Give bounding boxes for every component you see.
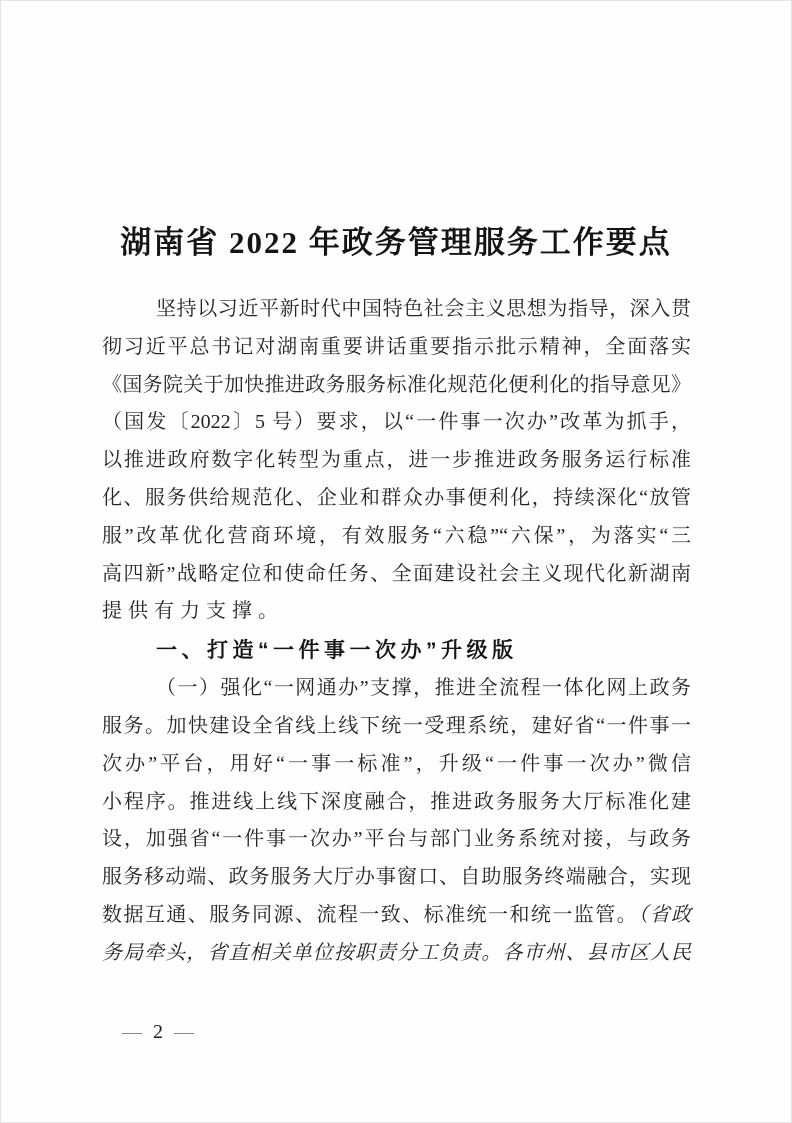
text-line: 设，加强省“一件事一次办”平台与部门业务系统对接，与政务 — [102, 821, 691, 859]
page-number: 2 — [153, 1021, 163, 1043]
text-line: 彻习近平总书记对湖南重要讲话重要指示批示精神，全面落实 — [102, 329, 691, 367]
text-line: 服”改革优化营商环境，有效服务“六稳”“六保”，为落实“三 — [102, 518, 691, 556]
text-line: 小程序。推进线上线下深度融合，推进政务服务大厅标准化建 — [102, 784, 691, 822]
text-line: 以推进政府数字化转型为重点，进一步推进政务服务运行标准 — [102, 442, 691, 480]
text-line: 化、服务供给规范化、企业和群众办事便利化，持续深化“放管 — [102, 480, 691, 518]
body-paragraph: （一）强化“一网通办”支撑，推进全流程一体化网上政务 服务。加快建设全省线上线下… — [102, 670, 691, 972]
document-body: 坚持以习近平新时代中国特色社会主义思想为指导，深入贯 彻习近平总书记对湖南重要讲… — [102, 291, 691, 973]
document-title: 湖南省 2022 年政务管理服务工作要点 — [1, 217, 791, 262]
footer-right-dash: — — [163, 1021, 205, 1043]
responsibility-note: 务局牵头，省直相关单位按职责分工负责。各市州、县市区人民 — [102, 935, 691, 973]
section-heading: 一、打造“一件事一次办”升级版 — [102, 631, 691, 670]
footer-left-dash: — — [111, 1021, 153, 1043]
text-line: 服务移动端、政务服务大厅办事窗口、自助服务终端融合，实现 — [102, 859, 691, 897]
text-line: 次办”平台，用好“一事一标准”，升级“一件事一次办”微信 — [102, 746, 691, 784]
text-line: 《国务院关于加快推进政务服务标准化规范化便利化的指导意见》 — [102, 367, 691, 405]
text-line: 高四新”战略定位和使命任务、全面建设社会主义现代化新湖南 — [102, 556, 691, 594]
text-line: 提供有力支撑。 — [102, 593, 691, 631]
intro-paragraph: 坚持以习近平新时代中国特色社会主义思想为指导，深入贯 彻习近平总书记对湖南重要讲… — [102, 291, 691, 631]
document-page: 湖南省 2022 年政务管理服务工作要点 坚持以习近平新时代中国特色社会主义思想… — [0, 0, 792, 1123]
text-segment: 数据互通、服务同源、流程一致、标准统一和统一监管。 — [102, 904, 638, 926]
responsibility-note: （省政 — [638, 904, 691, 926]
text-line: 服务。加快建设全省线上线下统一受理系统，建好省“一件事一 — [102, 708, 691, 746]
page-footer: —2— — [111, 1021, 205, 1044]
text-line: （一）强化“一网通办”支撑，推进全流程一体化网上政务 — [102, 670, 691, 708]
text-line: （国发〔2022〕5 号）要求，以“一件事一次办”改革为抓手， — [102, 404, 691, 442]
text-line: 数据互通、服务同源、流程一致、标准统一和统一监管。（省政 — [102, 897, 691, 935]
text-line: 坚持以习近平新时代中国特色社会主义思想为指导，深入贯 — [102, 291, 691, 329]
